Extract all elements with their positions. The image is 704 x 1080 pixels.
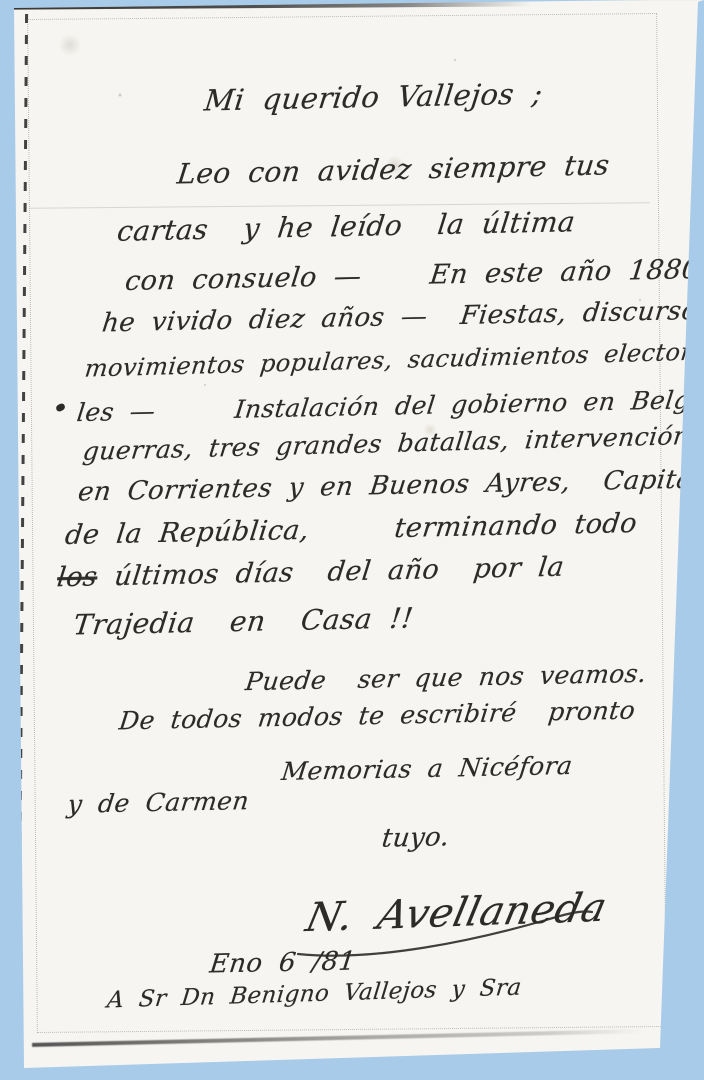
scan-edge-left (17, 14, 28, 1054)
regards-line: y de Carmen (66, 786, 251, 819)
scan-edge-top (12, 1, 532, 9)
letter-greeting: Mi querido Vallejos ; (203, 76, 545, 117)
scanned-letter-photo: { "page": { "background_color": "#a7cbe9… (0, 0, 704, 1080)
regards-line: Memorias a Nicéfora (280, 751, 574, 786)
date-line: Eno 6 /81 (208, 946, 357, 979)
scratched-word: los (55, 561, 99, 593)
letter-page: Mi querido Vallejos ; Leo con avidez sie… (0, 0, 704, 1080)
regards-line: tuyo. (380, 822, 451, 853)
